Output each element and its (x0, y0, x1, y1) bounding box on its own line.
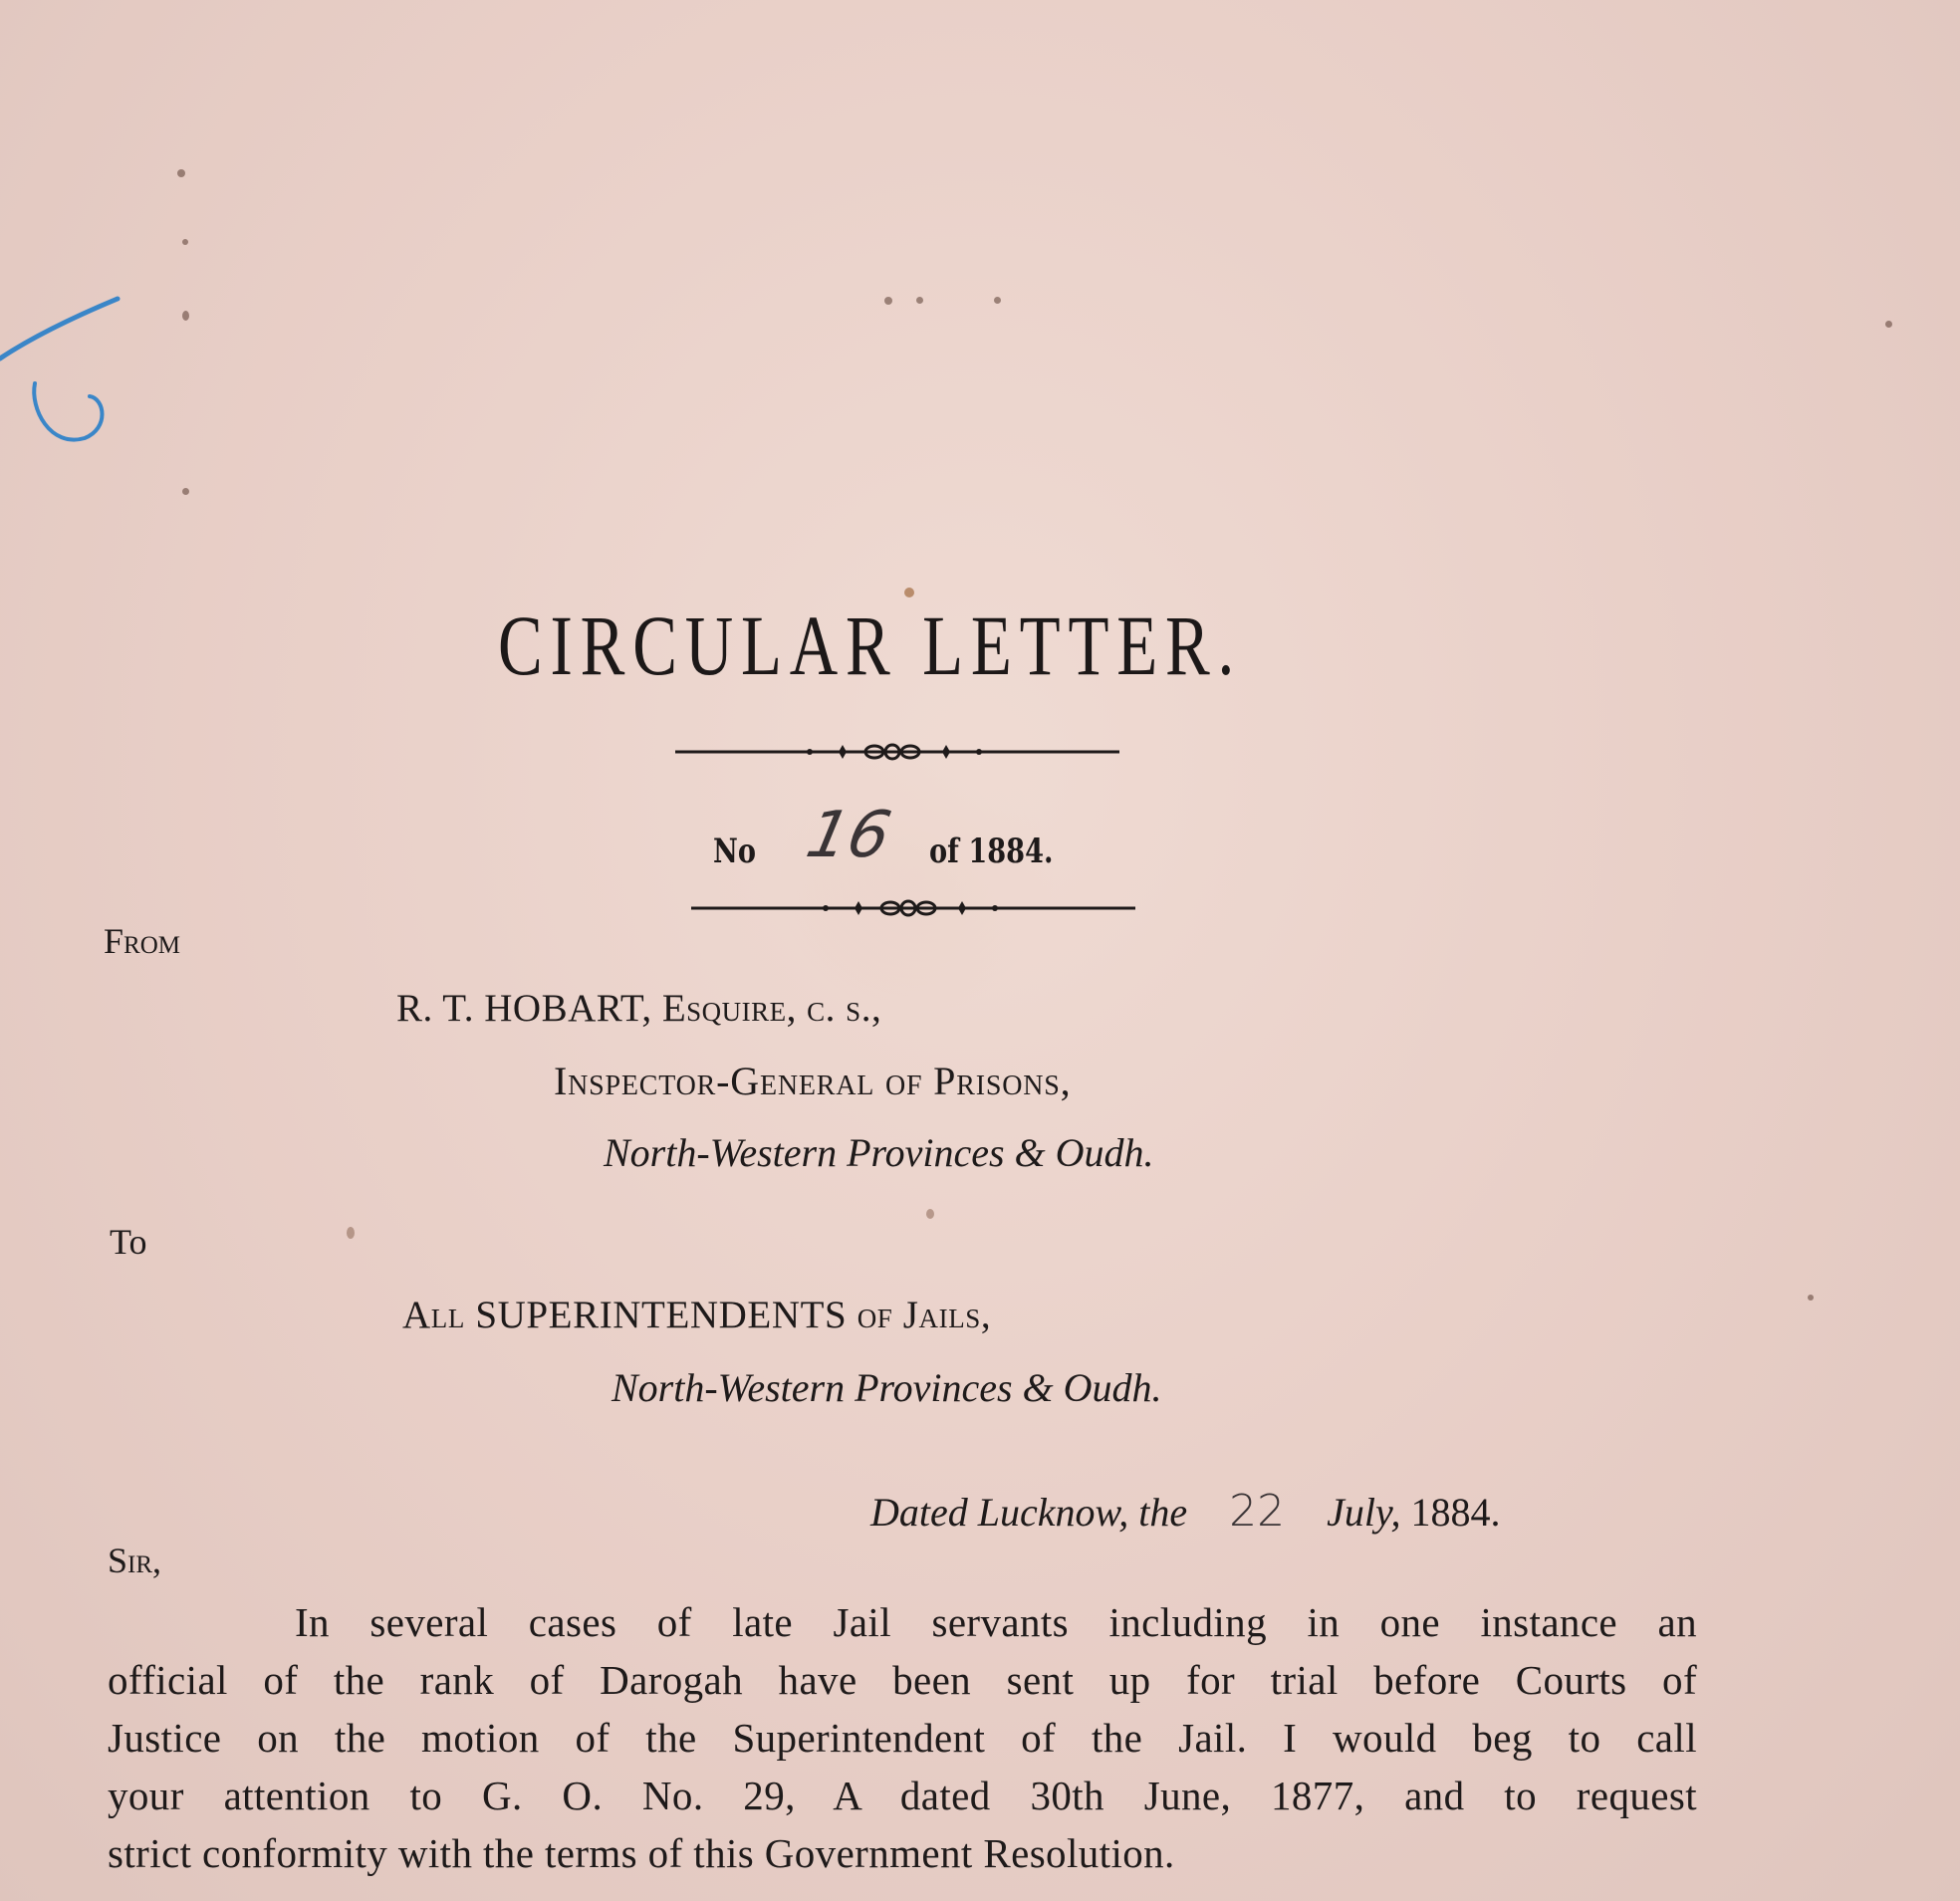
from-label: From (104, 920, 180, 962)
number-prefix: No (713, 832, 756, 871)
sender-name-suffix: Esquire, c. s., (662, 987, 881, 1030)
dated-month: July, (1327, 1490, 1400, 1535)
ornamental-rule-top (675, 742, 1119, 762)
foxing-spot (177, 169, 185, 177)
dated-line: Dated Lucknow, the 22 July, 1884. (870, 1486, 1501, 1537)
body-line: In several cases of late Jail servants i… (108, 1593, 1697, 1651)
foxing-spot (347, 1227, 355, 1239)
foxing-spot (182, 488, 189, 495)
foxing-spot (1885, 321, 1892, 328)
foxing-spot (994, 297, 1001, 304)
foxing-spot (182, 239, 188, 245)
dated-prefix: Dated Lucknow, the (870, 1490, 1187, 1535)
number-suffix: of 1884. (929, 832, 1053, 871)
recipient-line: All SUPERINTENDENTS of Jails, (402, 1293, 991, 1337)
foxing-spot (926, 1209, 934, 1219)
document-title: CIRCULAR LETTER. (498, 595, 1242, 695)
circular-number-line: No 16 of 1884. (713, 805, 1085, 878)
body-line: your attention to G. O. No. 29, A dated … (108, 1767, 1697, 1824)
sender-region: North-Western Provinces & Oudh. (604, 1129, 1154, 1176)
blue-pencil-annotation (0, 289, 129, 472)
dated-year: 1884. (1411, 1490, 1501, 1535)
sender-office: Inspector-General of Prisons, (554, 1058, 1071, 1104)
salutation: Sir, (108, 1540, 161, 1581)
recipient-region: North-Western Provinces & Oudh. (612, 1364, 1162, 1411)
sender-name-line: R. T. HOBART, Esquire, c. s., (396, 986, 881, 1031)
sender-name: R. T. HOBART, (396, 987, 652, 1030)
body-line: strict conformity with the terms of this… (108, 1824, 1697, 1882)
recipient-title: SUPERINTENDENTS (475, 1294, 847, 1336)
handwritten-day: 22 (1197, 1486, 1317, 1537)
foxing-spot (884, 297, 892, 305)
body-paragraph: In several cases of late Jail servants i… (108, 1593, 1697, 1882)
body-line: Justice on the motion of the Superintend… (108, 1709, 1697, 1767)
foxing-spot (916, 297, 923, 304)
recipient-prefix: All (402, 1294, 465, 1336)
recipient-suffix: of Jails, (857, 1294, 992, 1336)
handwritten-circular-number: 16 (771, 799, 926, 872)
ornamental-rule-bottom (691, 898, 1135, 918)
foxing-spot (182, 311, 189, 321)
body-line: official of the rank of Darogah have bee… (108, 1651, 1697, 1709)
foxing-spot (1808, 1295, 1814, 1301)
to-label: To (110, 1221, 146, 1263)
